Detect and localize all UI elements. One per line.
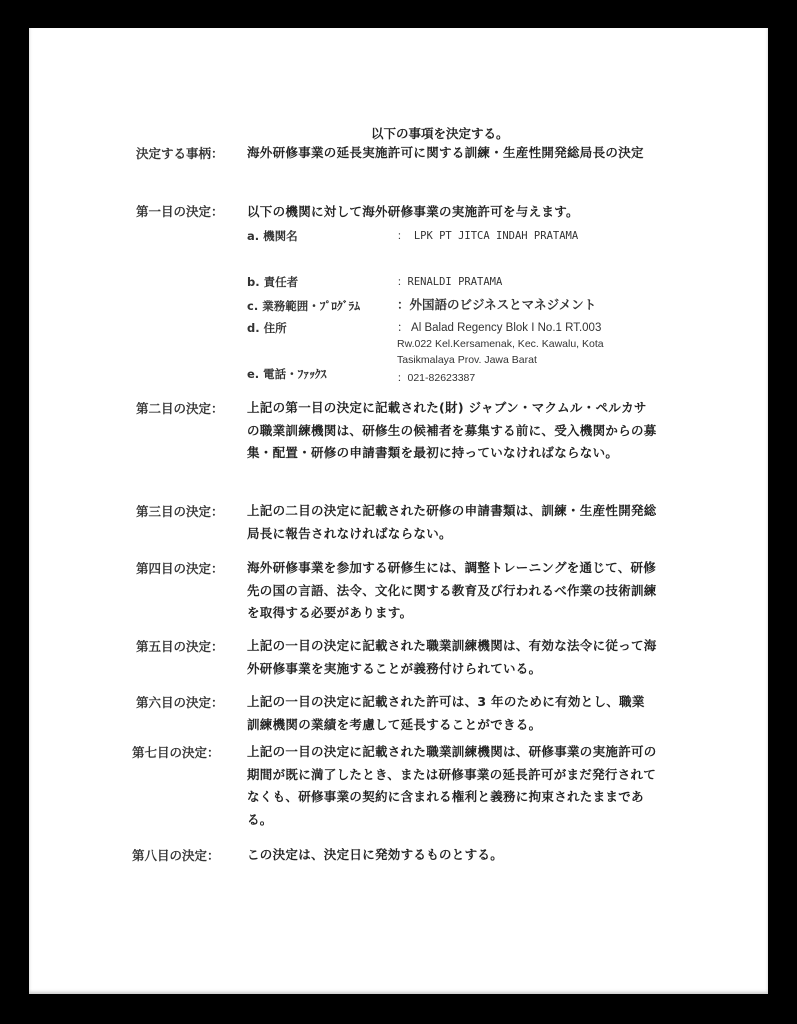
item-d-value-line-1: ： Al Balad Regency Blok I No.1 RT.003 — [397, 320, 601, 336]
decision-3-label: 第三目の決定： — [136, 504, 224, 520]
document-heading: 以下の事項を決定する。 — [371, 126, 509, 142]
item-e-value: ：021-82623387 — [397, 370, 475, 386]
decision-2-text: 上記の第一目の決定に記載された(財) ジャブン・マクムル・ペルカサの職業訓練機関… — [247, 397, 657, 465]
item-e-key: e. 電話・ﾌｧｯｸｽ — [247, 366, 326, 382]
decision-6-label: 第六目の決定： — [136, 695, 224, 711]
decision-4-text: 海外研修事業を参加する研修生には、調整トレーニングを通じて、研修先の国の言語、法… — [247, 557, 657, 625]
item-d-value-line-2: Rw.022 Kel.Kersamenak, Kec. Kawalu, Kota — [397, 336, 604, 352]
item-d-key: d. 住所 — [247, 320, 287, 336]
decision-7-label: 第七目の決定： — [132, 745, 220, 761]
document-page: 以下の事項を決定する。 決定する事柄： 海外研修事業の延長実施許可に関する訓練・… — [29, 28, 768, 994]
decision-3-text: 上記の二目の決定に記載された研修の申請書類は、訓練・生産性開発総局長に報告されな… — [247, 500, 657, 545]
subject-label: 決定する事柄： — [136, 146, 224, 162]
decision-4-label: 第四目の決定： — [136, 561, 224, 577]
decision-2-label: 第二目の決定： — [136, 401, 224, 417]
decision-6-text: 上記の一目の決定に記載された許可は、3 年のために有効とし、職業訓練機関の業績を… — [247, 691, 657, 736]
decision-7-text: 上記の一目の決定に記載された職業訓練機関は、研修事業の実施許可の期間が既に満了し… — [247, 741, 657, 831]
decision-5-text: 上記の一目の決定に記載された職業訓練機関は、有効な法令に従って海外研修事業を実施… — [247, 635, 657, 680]
decision-8-label: 第八目の決定： — [132, 848, 220, 864]
item-a-value: ： LPK PT JITCA INDAH PRATAMA — [397, 228, 578, 244]
decision-8-text: この決定は、決定日に発効するものとする。 — [247, 844, 657, 867]
item-c-key: c. 業務範囲・ﾌﾟﾛｸﾞﾗﾑ — [247, 298, 360, 314]
item-a-key: a. 機関名 — [247, 228, 298, 244]
decision-5-label: 第五目の決定： — [136, 639, 224, 655]
decision-1-text: 以下の機関に対して海外研修事業の実施許可を与えます。 — [247, 201, 657, 224]
item-c-value: ：外国語のビジネスとマネジメント — [397, 297, 596, 313]
decision-1-label: 第一目の決定： — [136, 204, 224, 220]
item-b-value: ：RENALDI PRATAMA — [397, 274, 502, 290]
item-d-value-line-3: Tasikmalaya Prov. Jawa Barat — [397, 352, 537, 368]
subject-text: 海外研修事業の延長実施許可に関する訓練・生産性開発総局長の決定 — [247, 142, 657, 165]
item-b-key: b. 責任者 — [247, 274, 298, 290]
